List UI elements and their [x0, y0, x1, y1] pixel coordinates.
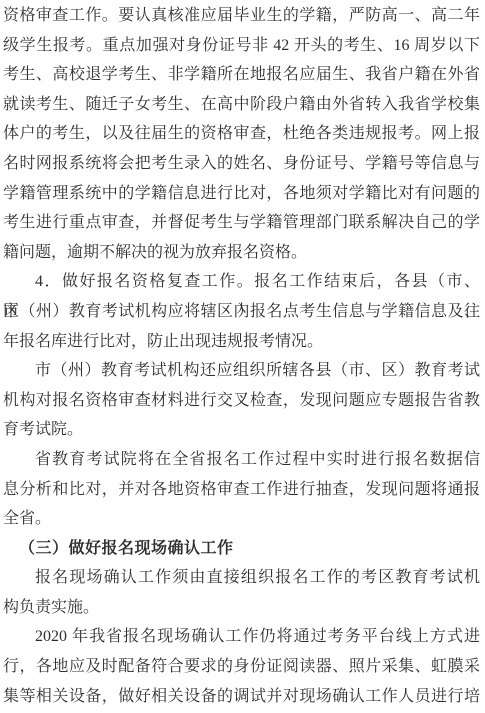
text-line: 级学生报考。重点加强对身份证号非 42 开头的考生、16 周岁以下 [3, 31, 480, 61]
text-line: 集等相关设备，做好相关设备的调试并对现场确认工作人员进行培 [3, 682, 480, 712]
text-line: 构负责实施。 [3, 593, 480, 623]
text-line: 2020 年我省报名现场确认工作仍将通过考务平台线上方式进 [3, 622, 480, 652]
text-line: 机构对报名资格审查材料进行交叉检查，发现问题应专题报告省教 [3, 386, 480, 416]
text-line: 省教育考试院将在全省报名工作过程中实时进行报名数据信 [3, 445, 480, 475]
text-line: 行，各地应及时配备符合要求的身份证阅读器、照片采集、虹膜采 [3, 652, 480, 682]
document-body: 资格审查工作。要认真核准应届毕业生的学籍，严防高一、高二年级学生报考。重点加强对… [3, 1, 480, 711]
text-line: 市（州）教育考试机构应将辖区内报名点考生信息与学籍信息及往 [3, 297, 480, 327]
text-line: 考生、高校退学考生、非学籍所在地报名应届生、我省户籍在外省 [3, 60, 480, 90]
text-line: 名时网报系统将会把考生录入的姓名、身份证号、学籍号等信息与 [3, 149, 480, 179]
text-line: 市（州）教育考试机构还应组织所辖各县（市、区）教育考试 [3, 356, 480, 386]
text-line: 就读考生、随迁子女考生、在高中阶段户籍由外省转入我省学校集 [3, 90, 480, 120]
text-line: 体户的考生，以及往届生的资格审查，杜绝各类违规报考。网上报 [3, 119, 480, 149]
document-page: 资格审查工作。要认真核准应届毕业生的学籍，严防高一、高二年级学生报考。重点加强对… [0, 0, 485, 713]
text-line: 籍问题，逾期不解决的视为放弃报名资格。 [3, 238, 480, 268]
section-heading: （三）做好报名现场确认工作 [3, 534, 480, 564]
text-line: 年报名库进行比对，防止出现违规报考情况。 [3, 327, 480, 357]
text-line: 学籍管理系统中的学籍信息进行比对，各地须对学籍比对有问题的 [3, 179, 480, 209]
text-line: 资格审查工作。要认真核准应届毕业生的学籍，严防高一、高二年 [3, 1, 480, 31]
text-line: 4．做好报名资格复查工作。报名工作结束后，各县（市、区）、 [3, 267, 480, 297]
text-line: 全省。 [3, 504, 480, 534]
text-line: 报名现场确认工作须由直接组织报名工作的考区教育考试机 [3, 563, 480, 593]
text-line: 育考试院。 [3, 415, 480, 445]
text-line: 考生进行重点审查，并督促考生与学籍管理部门联系解决自己的学 [3, 208, 480, 238]
text-line: 息分析和比对，并对各地资格审查工作进行抽查，发现问题将通报 [3, 475, 480, 505]
